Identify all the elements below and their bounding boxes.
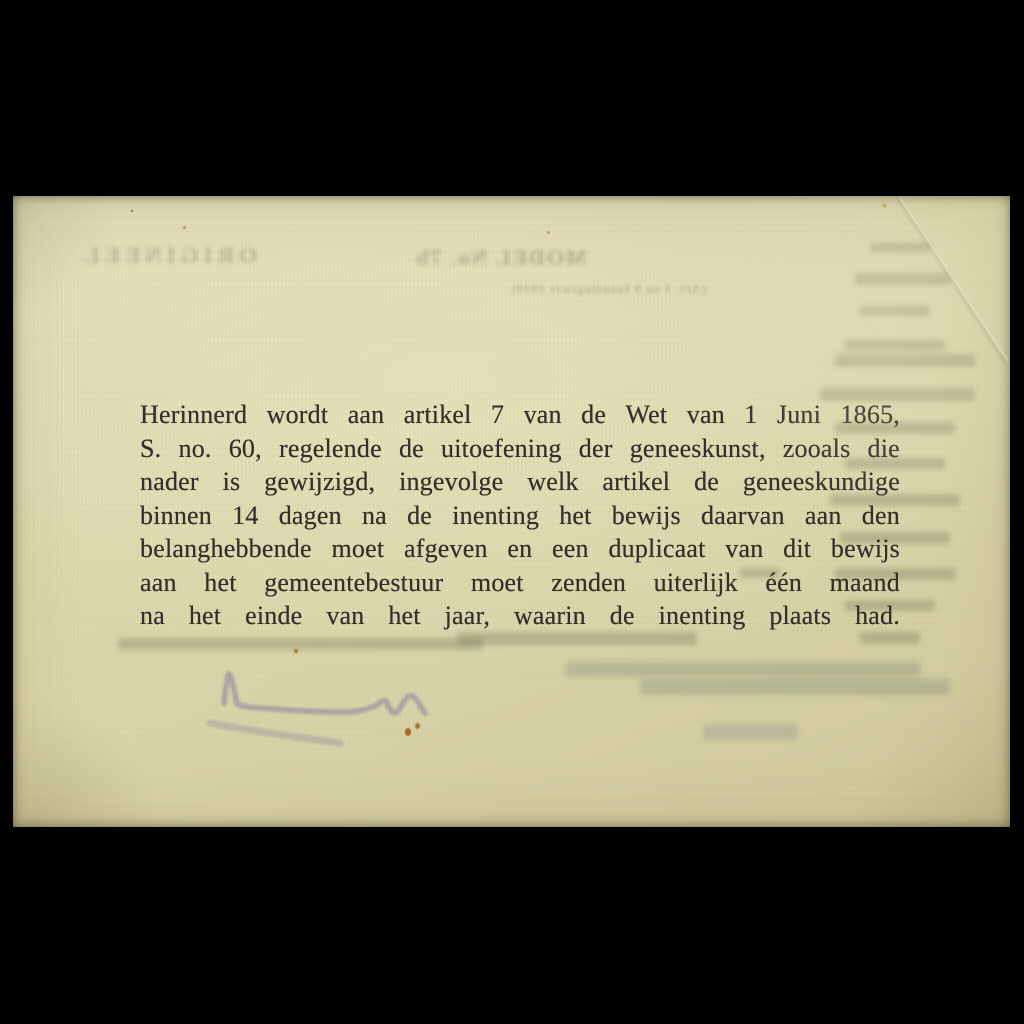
- bleed-line: [860, 306, 930, 316]
- foxing-spot: [547, 231, 550, 234]
- paragraph-line: Herinnerdwordtaanartikel7vandeWetvan1Jun…: [140, 400, 900, 434]
- bleedthrough-model-title: MODEL No. 7b: [413, 245, 588, 271]
- bleed-line: [835, 354, 975, 367]
- paragraph-line: S.no.60,regelendedeuitoefeningdergeneesk…: [140, 434, 900, 468]
- bleed-line: [870, 243, 930, 252]
- bleedthrough-origineel-label: ORIGINEEL: [73, 243, 263, 269]
- bleed-line: [845, 340, 945, 351]
- bleed-handwriting: [703, 724, 798, 740]
- paragraph-line: aanhetgemeentebestuurmoetzendenuiterlijk…: [140, 568, 900, 602]
- foxing-spot: [405, 728, 411, 736]
- scan-canvas: ORIGINEEL MODEL No. 7b (Art. 3 en 9 Inen…: [0, 0, 1024, 1024]
- foxing-spot: [415, 723, 420, 729]
- paragraph: Herinnerdwordtaanartikel7vandeWetvan1Jun…: [140, 400, 900, 635]
- paper-speck: [131, 210, 133, 212]
- paragraph-line: naderisgewijzigd,ingevolgewelkartikeldeg…: [140, 467, 900, 501]
- paragraph-line: binnen14dagennadeinentinghetbewijsdaarva…: [140, 501, 900, 535]
- foxing-spot: [294, 649, 298, 653]
- foxing-spot: [883, 204, 886, 207]
- foxing-spot: [183, 226, 186, 229]
- bleed-stamp-line: [640, 679, 950, 695]
- bleed-line: [855, 273, 950, 285]
- paragraph-line: naheteindevanhetjaar,waarindeinentingpla…: [140, 601, 900, 635]
- bleed-line: [118, 638, 483, 650]
- bleed-stamp-line: [565, 662, 920, 677]
- bleedthrough-model-subtitle: (Art. 3 en 9 Inentingswet 1939): [491, 282, 726, 297]
- paper-sheet: ORIGINEEL MODEL No. 7b (Art. 3 en 9 Inen…: [13, 196, 1010, 827]
- paragraph-line: belanghebbendemoetafgeveneneenduplicaatv…: [140, 534, 900, 568]
